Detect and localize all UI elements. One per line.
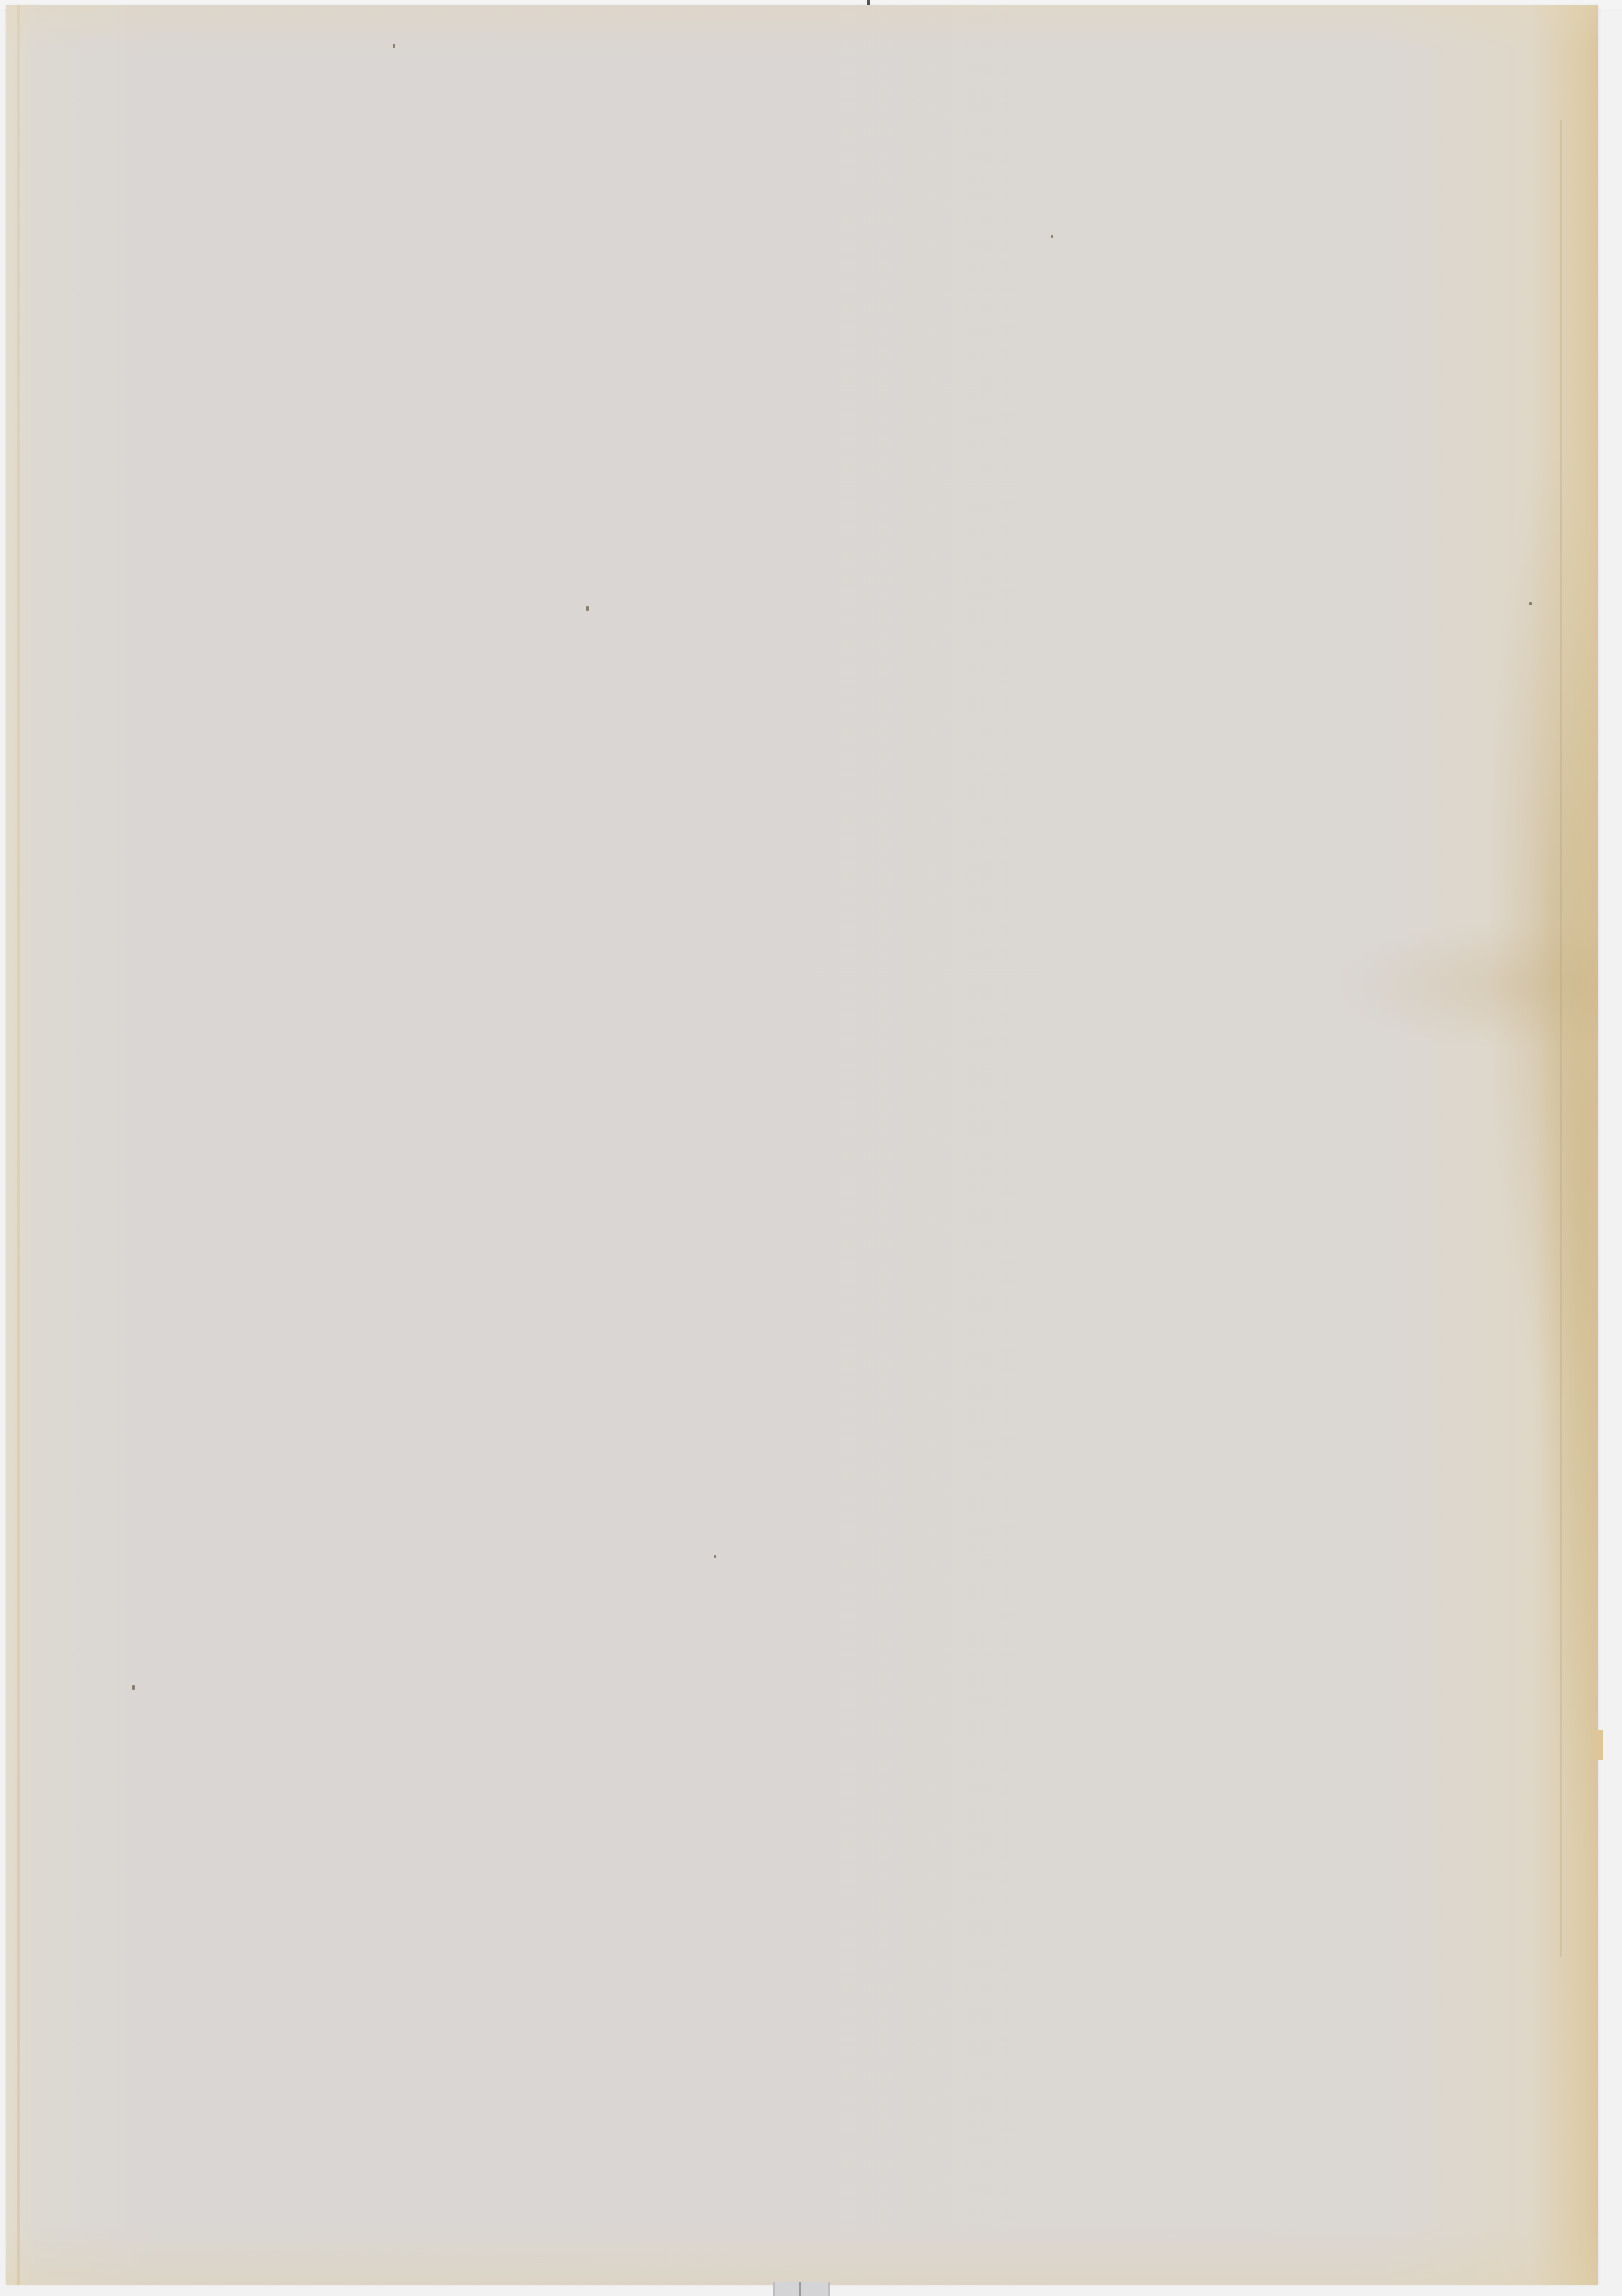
- torn-edge-fragment: [1592, 1730, 1603, 1760]
- blank-paper-page: [6, 5, 1598, 2285]
- clip-holder-line: [799, 2282, 801, 2296]
- page-fold-line: [1560, 120, 1562, 1957]
- paper-speck: [714, 1555, 716, 1558]
- bottom-clip-holder: [773, 2282, 830, 2296]
- page-left-edge: [17, 5, 20, 2285]
- paper-speck: [1051, 235, 1053, 238]
- paper-speck: [132, 1685, 135, 1690]
- paper-speck: [586, 606, 589, 611]
- paper-speck: [1529, 602, 1532, 605]
- paper-speck: [393, 44, 395, 48]
